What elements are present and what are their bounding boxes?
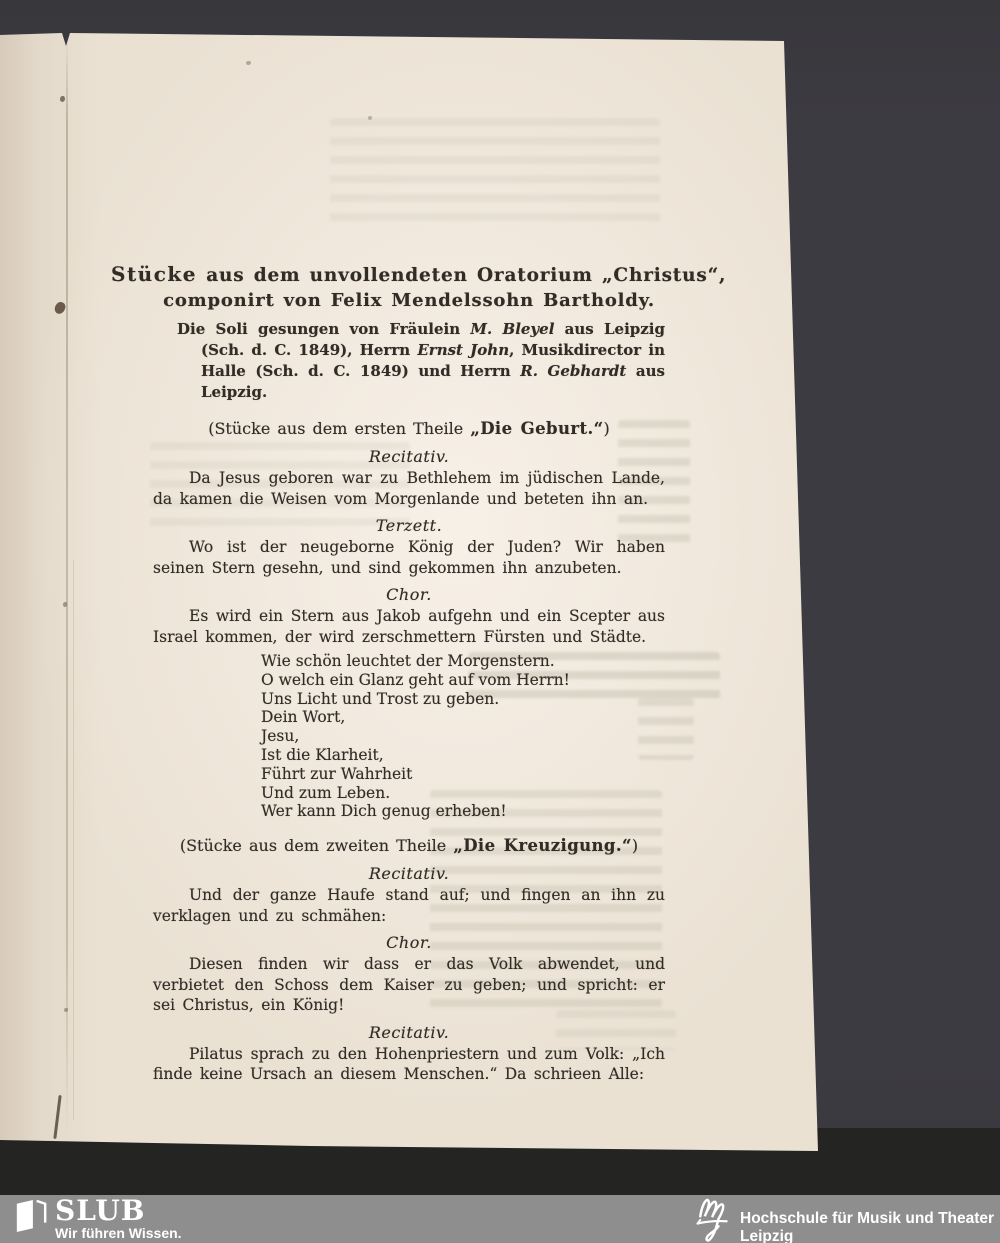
section-label: Chor. [153, 585, 665, 605]
verse-line: Und zum Leben. [261, 784, 665, 803]
performer-name: M. Bleyel [470, 320, 554, 338]
chorale-verse: Wie schön leuchtet der Morgenstern. O we… [261, 652, 665, 821]
performer-name: R. Gebhardt [520, 362, 626, 380]
verse-line: Dein Wort, [261, 708, 665, 727]
bleedthrough-smudge [330, 118, 660, 230]
section-paragraph: Und der ganze Haufe stand auf; und finge… [153, 885, 665, 926]
part-header-text: ) [632, 836, 638, 855]
verse-line: Wer kann Dich genug erheben! [261, 802, 665, 821]
hmt-name: Hochschule für Musik und Theater Leipzig [740, 1210, 1000, 1243]
hmt-logo-link[interactable]: Hochschule für Musik und Theater Leipzig [680, 1195, 1000, 1243]
performers-paragraph: Die Soli gesungen von Fräulein M. Bleyel… [153, 319, 665, 403]
viewer-footer: SLUB Wir führen Wissen. Hochschule für M… [0, 1195, 1000, 1243]
slub-logo-link[interactable]: SLUB Wir führen Wissen. [0, 1195, 260, 1243]
section-label: Terzett. [153, 516, 665, 536]
verse-line: Führt zur Wahrheit [261, 765, 665, 784]
section-label: Recitativ. [153, 447, 665, 467]
section-label: Chor. [153, 933, 665, 953]
section-label: Recitativ. [153, 864, 665, 884]
verse-line: Uns Licht und Trost zu geben. [261, 690, 665, 709]
document-title: Stücke aus dem unvollendeten Oratorium „… [111, 262, 707, 288]
viewer-canvas: Stücke aus dem unvollendeten Oratorium „… [0, 0, 1000, 1243]
document-text: Stücke aus dem unvollendeten Oratorium „… [153, 262, 665, 1085]
part-header-title: „Die Kreuzigung.“ [453, 836, 632, 855]
verse-line: Jesu, [261, 727, 665, 746]
part-header-text: (Stücke aus dem zweiten Theile [180, 836, 454, 855]
title-lead-word: Stücke [111, 262, 197, 286]
section-paragraph: Wo ist der neugeborne König der Juden? W… [153, 537, 665, 578]
part1-header: (Stücke aus dem ersten Theile „Die Gebur… [153, 418, 665, 440]
section-paragraph: Pilatus sprach zu den Hohenpriestern und… [153, 1044, 665, 1085]
slub-tagline: Wir führen Wissen. [55, 1226, 182, 1241]
document-subtitle: componirt von Felix Mendelssohn Barthold… [111, 289, 707, 312]
section-label: Recitativ. [153, 1023, 665, 1043]
verse-line: Wie schön leuchtet der Morgenstern. [261, 652, 665, 671]
part-header-title: „Die Geburt.“ [470, 419, 603, 438]
binding-crease [66, 36, 68, 1140]
part-header-text: (Stücke aus dem ersten Theile [208, 419, 470, 438]
title-rest: aus dem unvollendeten Oratorium „Christu… [197, 265, 726, 286]
slub-wordmark: SLUB [55, 1197, 145, 1225]
performers-text: Die Soli gesungen von Fräulein [177, 320, 470, 338]
part-header-text: ) [604, 419, 610, 438]
binding-crease [73, 560, 74, 1120]
verse-line: Ist die Klarheit, [261, 746, 665, 765]
section-paragraph: Da Jesus geboren war zu Bethlehem im jüd… [153, 468, 665, 509]
section-paragraph: Es wird ein Stern aus Jakob aufgehn und … [153, 606, 665, 647]
open-book-icon [14, 1197, 48, 1240]
verse-line: O welch ein Glanz geht auf vom Herrn! [261, 671, 665, 690]
hmt-monogram-icon [693, 1192, 733, 1243]
performer-name: Ernst John [417, 341, 509, 359]
part2-header: (Stücke aus dem zweiten Theile „Die Kreu… [153, 835, 665, 857]
section-paragraph: Diesen finden wir dass er das Volk abwen… [153, 954, 665, 1016]
